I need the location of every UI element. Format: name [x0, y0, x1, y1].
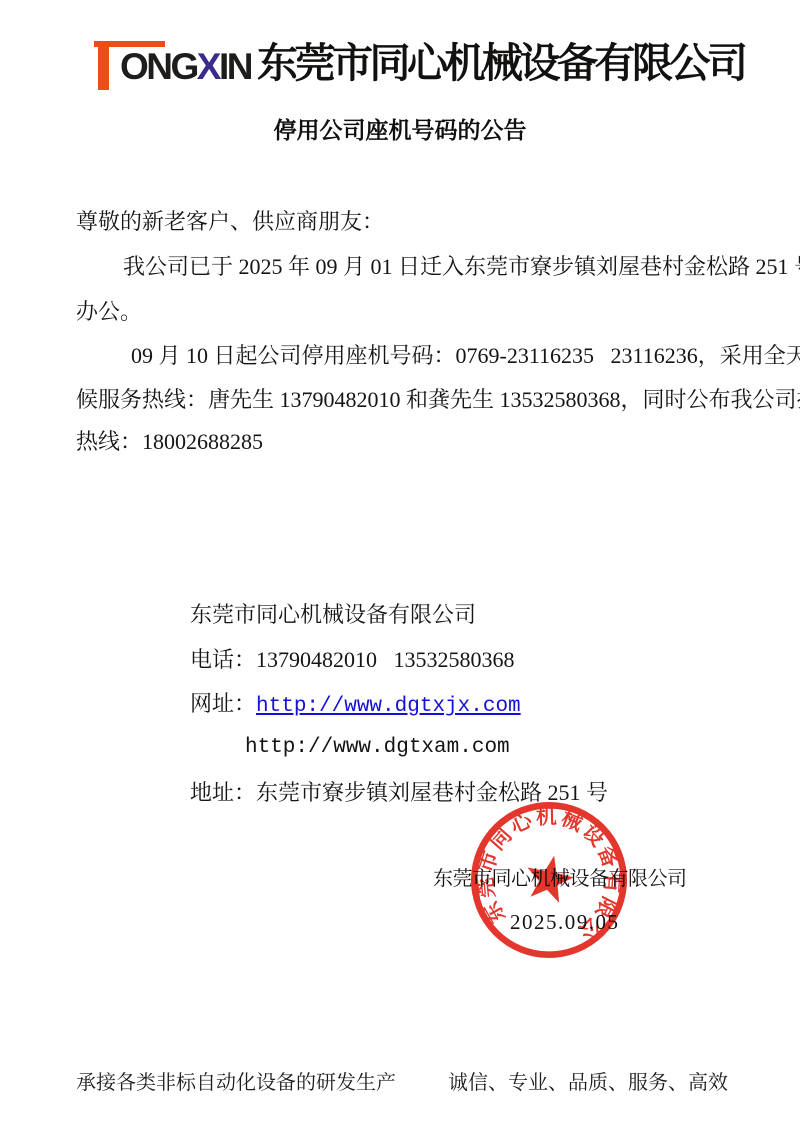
contact-company-name: 东莞市同心机械设备有限公司 — [190, 598, 476, 629]
footer-slogan-left: 承接各类非标自动化设备的研发生产 — [76, 1066, 396, 1095]
website-link-dgtxjx[interactable]: http://www.dgtxjx.com — [256, 695, 521, 718]
body-line: 热线：18002688285 — [76, 425, 263, 456]
body-line: 我公司已于 2025 年 09 月 01 日迁入东莞市寮步镇刘屋巷村金松路 25… — [123, 250, 800, 281]
logo-letters-in: IN — [219, 46, 251, 87]
greeting-line: 尊敬的新老客户、供应商朋友： — [76, 205, 384, 236]
website-label: 网址： — [190, 691, 256, 716]
logo-letters: ONGXIN — [120, 44, 251, 90]
company-seal-stamp: 东莞市同心机械设备有限公司 — [451, 782, 648, 979]
header-company-name: 东莞市同心机械设备有限公司 — [257, 40, 745, 86]
footer-slogan-right: 诚信、专业、品质、服务、高效 — [448, 1066, 728, 1095]
logo-t-stem-shape — [98, 46, 109, 90]
body-line: 候服务热线：唐先生 13790482010 和龚先生 13532580368，同… — [76, 383, 800, 414]
contact-website-line: 网址：http://www.dgtxjx.com — [190, 687, 521, 718]
body-line: 09 月 10 日起公司停用座机号码：0769-23116235 2311623… — [131, 339, 800, 370]
tongxin-logo: T ONGXIN — [94, 38, 264, 92]
logo-letters-ong: ONG — [120, 46, 197, 87]
contact-website2-line: http://www.dgtxam.com — [245, 732, 510, 759]
document-title: 停用公司座机号码的公告 — [0, 112, 800, 145]
body-line: 办公。 — [76, 295, 142, 326]
website-text-dgtxam: http://www.dgtxam.com — [245, 736, 510, 759]
phone-numbers: 13790482010 13532580368 — [256, 647, 515, 672]
seal-star-icon — [522, 851, 578, 905]
address-label: 地址： — [190, 780, 256, 805]
phone-label: 电话： — [190, 647, 256, 672]
contact-phone-line: 电话：13790482010 13532580368 — [190, 643, 515, 674]
logo-letter-x: X — [197, 46, 219, 87]
